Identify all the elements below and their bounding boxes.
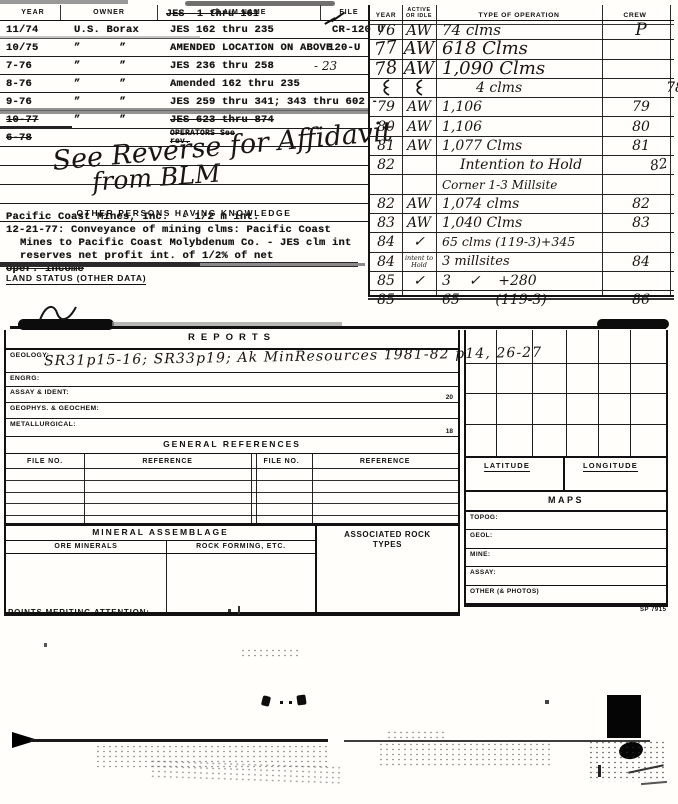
table-row: 76 AW 74 clms P <box>370 21 674 40</box>
column-divider <box>563 458 565 490</box>
scanned-mining-claim-record: YEAR OWNER CLAIM NAME JES 1 thru 161 FIL… <box>0 0 678 804</box>
line-number: 20 <box>446 394 453 401</box>
table-row: 78 AW 1,090 Clms <box>370 60 674 79</box>
scan-dot <box>228 609 231 612</box>
geophys-row: GEOPHYS. & GEOCHEM: <box>6 403 458 419</box>
table-row: 4 clms 78 <box>370 79 674 98</box>
grid-line <box>466 393 666 394</box>
text-line: Pacific Coast Mines, Inc. - 1/2 m int. <box>6 211 366 224</box>
mineral-assemblage-section: MINERAL ASSEMBLAGE ORE MINERALS ROCK FOR… <box>6 526 458 612</box>
mineral-assemblage: MINERAL ASSEMBLAGE ORE MINERALS ROCK FOR… <box>6 526 317 612</box>
empty-row <box>6 504 458 516</box>
table-row: 83 AW 1,040 Clms 83 <box>370 214 674 233</box>
table-row: 81 AW 1,077 Clms 81 <box>370 137 674 156</box>
maps-topog-row: TOPOG: <box>466 512 666 530</box>
brace-mark <box>402 79 436 98</box>
empty-row <box>6 481 458 493</box>
scan-smear <box>112 322 342 326</box>
maps-title: MAPS <box>466 492 666 512</box>
table-row: 84 intent to Hold 3 millsites 84 <box>370 253 674 272</box>
scan-dot <box>44 643 47 647</box>
text-line: 12-21-77: Conveyance of mining clms: Pac… <box>6 224 366 237</box>
brace-mark <box>370 79 402 98</box>
scan-smear <box>0 108 368 114</box>
form-number: SP 7915 <box>640 607 666 613</box>
grid-line <box>466 424 666 425</box>
lat-long-row: LATITUDE LONGITUDE <box>466 458 666 492</box>
mineral-assemblage-columns: ORE MINERALS ROCK FORMING, ETC. <box>6 541 315 554</box>
scan-smear <box>0 0 128 4</box>
general-references-header: FILE NO. REFERENCE FILE NO. REFERENCE <box>6 454 458 469</box>
column-divider <box>312 454 313 523</box>
points-meriting-attention-label: POINTS MERITING ATTENTION: <box>8 608 150 617</box>
scan-noise <box>378 742 553 768</box>
text-line: Mines to Pacific Coast Molybdenum Co. - … <box>6 237 366 250</box>
associated-rock-types: ASSOCIATED ROCK TYPES <box>317 526 458 612</box>
maps-geol-row: GEOL: <box>466 530 666 548</box>
table-row: 80 AW 1,106 80 <box>370 117 674 136</box>
column-divider <box>256 454 257 523</box>
scan-smear <box>185 1 335 6</box>
maps-mine-row: MINE: <box>466 549 666 567</box>
maps-assay-row: ASSAY: <box>466 567 666 585</box>
operations-table-header: YEAR ACTIVE OR IDLE TYPE OF OPERATION CR… <box>370 5 674 21</box>
longitude-label: LONGITUDE <box>583 461 638 472</box>
location-maps-panel: LATITUDE LONGITUDE MAPS TOPOG: GEOL: MIN… <box>464 330 668 607</box>
operations-table: YEAR ACTIVE OR IDLE TYPE OF OPERATION CR… <box>368 5 674 297</box>
table-row: 84 ✓ 65 clms (119-3)+345 <box>370 233 674 252</box>
column-divider <box>251 454 252 523</box>
scan-blob <box>597 319 669 329</box>
scan-dot <box>238 606 240 614</box>
column-divider <box>84 454 85 523</box>
table-row: 8-76 ” ” Amended 162 thru 235 <box>0 75 368 93</box>
empty-row <box>6 493 458 505</box>
scan-noise <box>240 648 300 657</box>
engrg-row: ENGRG: <box>6 373 458 387</box>
land-status-label: LAND STATUS (OTHER DATA) <box>6 273 146 285</box>
table-row: 7-76 ” ” JES 236 thru 258 - 23 <box>0 57 368 75</box>
reports-panel: REPORTS GEOLOGY: ENGRG: ASSAY & IDENT: 2… <box>4 330 460 616</box>
table-row: Corner 1-3 Millsite <box>370 175 674 194</box>
scan-black-square <box>607 695 641 738</box>
table-row: 85 ✓ 3 ✓ +280 <box>370 272 674 291</box>
latitude-label: LATITUDE <box>484 461 530 472</box>
pen-mark <box>289 701 292 704</box>
table-row: 79 AW 1,106 79 <box>370 98 674 117</box>
scan-dash <box>598 765 601 777</box>
maps-other-row: OTHER (& PHOTOS) <box>466 586 666 603</box>
claims-header-claim: CLAIM NAME JES 1 thru 161 <box>157 5 320 20</box>
table-row: 82 Intention to Hold 82 <box>370 156 674 175</box>
pen-mark <box>261 695 271 707</box>
general-references-table: FILE NO. REFERENCE FILE NO. REFERENCE <box>6 454 458 526</box>
assay-row: ASSAY & IDENT: 20 <box>6 387 458 403</box>
empty-row <box>6 469 458 481</box>
pen-squiggle <box>38 300 84 324</box>
scan-smear <box>200 263 365 266</box>
scan-smear <box>0 36 200 39</box>
pen-mark <box>280 701 283 704</box>
scan-noise <box>386 730 446 739</box>
metallurgical-row: METALLURGICAL: 18 <box>6 419 458 437</box>
claims-header-year: YEAR <box>0 9 60 16</box>
grid-line <box>466 363 666 364</box>
overwritten-claim-range: JES 1 thru 161 <box>166 9 259 20</box>
table-row: 10/75 ” ” AMENDED LOCATION ON ABOVE 120-… <box>0 39 368 57</box>
general-references-title: GENERAL REFERENCES <box>6 437 458 454</box>
scan-line <box>30 739 328 742</box>
claims-header-owner: OWNER <box>60 5 157 20</box>
line-number: 18 <box>446 428 453 435</box>
table-row: 85 65 (119-3) 86 <box>370 291 674 309</box>
pen-mark <box>296 694 306 705</box>
scan-dot <box>545 700 549 704</box>
table-row: 82 AW 1,074 clms 82 <box>370 195 674 214</box>
column-divider <box>166 554 167 613</box>
table-row: 77 AW 618 Clms <box>370 40 674 59</box>
mineral-assemblage-box <box>6 554 315 613</box>
claims-table-header: YEAR OWNER CLAIM NAME JES 1 thru 161 FIL… <box>0 5 368 21</box>
strike-line <box>0 126 72 129</box>
